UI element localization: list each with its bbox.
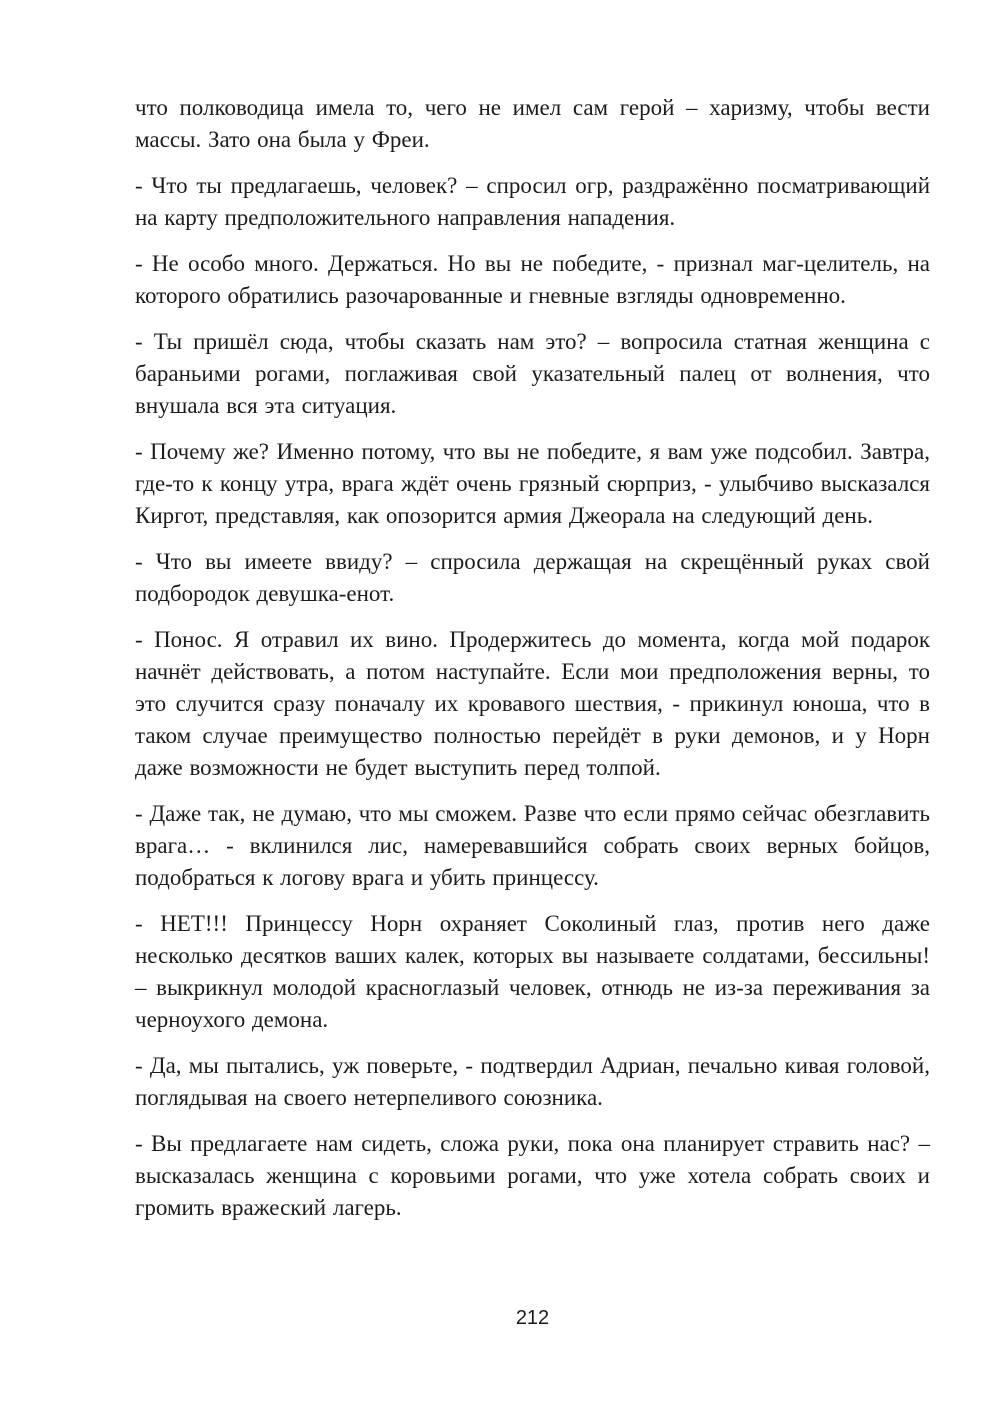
paragraph: - Понос. Я отравил их вино. Продержитесь… bbox=[135, 624, 930, 784]
paragraph: - Почему же? Именно потому, что вы не по… bbox=[135, 436, 930, 532]
paragraph: - Ты пришёл сюда, чтобы сказать нам это?… bbox=[135, 326, 930, 422]
paragraph: что полководица имела то, чего не имел с… bbox=[135, 92, 930, 156]
paragraph: - НЕТ!!! Принцессу Норн охраняет Соколин… bbox=[135, 908, 930, 1036]
paragraph: - Да, мы пытались, уж поверьте, - подтве… bbox=[135, 1050, 930, 1114]
paragraph: - Даже так, не думаю, что мы сможем. Раз… bbox=[135, 798, 930, 894]
page-number: 212 bbox=[135, 1306, 930, 1330]
paragraph: - Не особо много. Держаться. Но вы не по… bbox=[135, 248, 930, 312]
text-block: что полководица имела то, чего не имел с… bbox=[135, 92, 930, 1238]
paragraph: - Что ты предлагаешь, человек? – спросил… bbox=[135, 170, 930, 234]
paragraph: - Что вы имеете ввиду? – спросила держащ… bbox=[135, 546, 930, 610]
paragraph: - Вы предлагаете нам сидеть, сложа руки,… bbox=[135, 1128, 930, 1224]
document-page: что полководица имела то, чего не имел с… bbox=[0, 0, 1000, 1414]
